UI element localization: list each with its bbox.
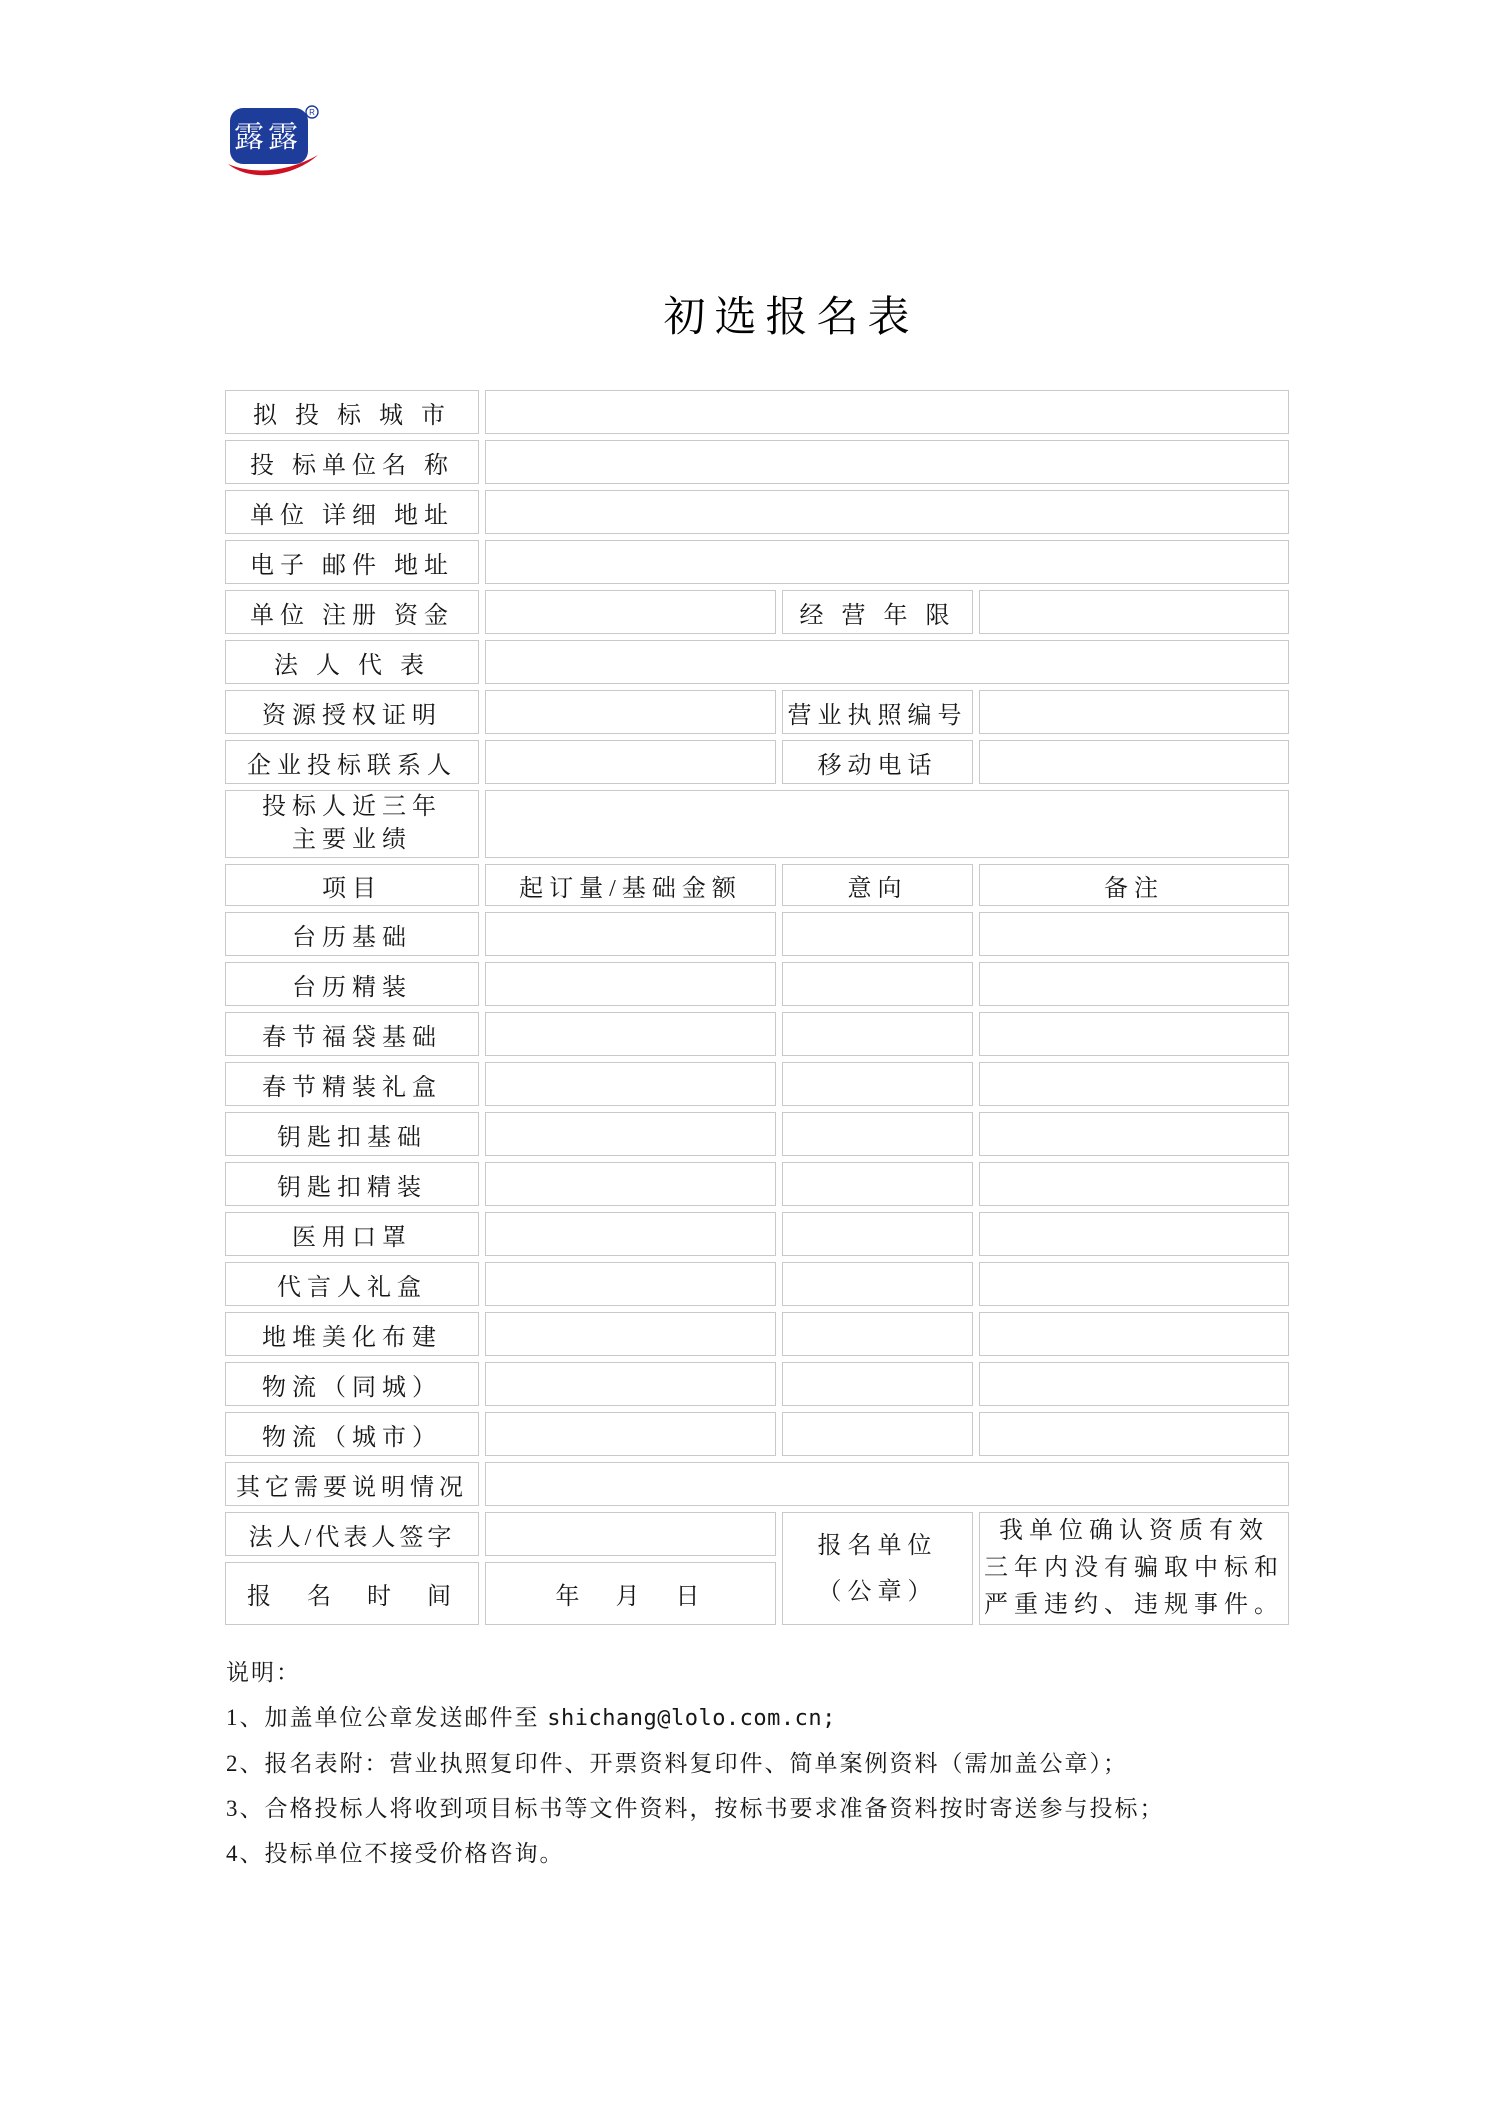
- mobile-phone-label: 移动电话: [782, 740, 973, 784]
- product-intent-cell[interactable]: [782, 1362, 973, 1406]
- note-1-email: shichang@lolo.com.cn: [547, 1706, 822, 1731]
- email-address-input-cell[interactable]: [485, 540, 1289, 584]
- product-row-keychain-basic: 钥匙扣基础: [225, 1112, 1289, 1156]
- product-intent-cell[interactable]: [782, 1262, 973, 1306]
- logo-brand-text: 露露: [234, 121, 302, 154]
- product-label: 物流（城市）: [225, 1412, 479, 1456]
- recent-performance-label-line2: 主要业绩: [230, 824, 474, 857]
- product-label: 钥匙扣基础: [225, 1112, 479, 1156]
- product-moq-cell[interactable]: [485, 1262, 776, 1306]
- product-intent-cell[interactable]: [782, 1112, 973, 1156]
- signature-input-cell[interactable]: [485, 1512, 776, 1556]
- document-page: 露露 R 初选报名表 拟 投 标 城 市 投 标单位名 称 单位 详细 地址 电: [0, 0, 1500, 2121]
- registered-capital-input-cell[interactable]: [485, 590, 776, 634]
- product-remark-cell[interactable]: [979, 1062, 1289, 1106]
- row-other-notes: 其它需要说明情况: [225, 1462, 1289, 1506]
- product-label: 台历基础: [225, 912, 479, 956]
- note-3-number: 3、: [226, 1796, 265, 1821]
- notes-heading: 说明：: [226, 1650, 1326, 1695]
- product-remark-cell[interactable]: [979, 962, 1289, 1006]
- company-address-label: 单位 详细 地址: [225, 490, 479, 534]
- product-remark-cell[interactable]: [979, 1262, 1289, 1306]
- note-line-2: 2、报名表附：营业执照复印件、开票资料复印件、简单案例资料（需加盖公章）；: [226, 1741, 1326, 1786]
- product-moq-cell[interactable]: [485, 1362, 776, 1406]
- company-name-input-cell[interactable]: [485, 440, 1289, 484]
- qualification-declaration: 我单位确认资质有效 三年内没有骗取中标和严重违约、违规事件。: [979, 1512, 1289, 1625]
- mobile-phone-input-cell[interactable]: [979, 740, 1289, 784]
- row-legal-representative: 法 人 代 表: [225, 640, 1289, 684]
- header-moq-label: 起订量/基础金额: [485, 864, 776, 906]
- product-moq-cell[interactable]: [485, 1062, 776, 1106]
- product-row-medical-mask: 医用口罩: [225, 1212, 1289, 1256]
- product-remark-cell[interactable]: [979, 1162, 1289, 1206]
- product-label: 钥匙扣精装: [225, 1162, 479, 1206]
- company-address-input-cell[interactable]: [485, 490, 1289, 534]
- row-bid-contact: 企业投标联系人 移动电话: [225, 740, 1289, 784]
- note-1-number: 1、: [226, 1705, 265, 1730]
- product-intent-cell[interactable]: [782, 1012, 973, 1056]
- note-1-text: 加盖单位公章发送邮件至: [265, 1705, 548, 1730]
- row-company-address: 单位 详细 地址: [225, 490, 1289, 534]
- product-remark-cell[interactable]: [979, 1112, 1289, 1156]
- product-remark-cell[interactable]: [979, 1412, 1289, 1456]
- other-notes-label: 其它需要说明情况: [225, 1462, 479, 1506]
- notes-section: 说明： 1、加盖单位公章发送邮件至 shichang@lolo.com.cn; …: [226, 1650, 1326, 1876]
- product-label: 物流（同城）: [225, 1362, 479, 1406]
- product-moq-cell[interactable]: [485, 1212, 776, 1256]
- product-row-fubag-basic: 春节福袋基础: [225, 1012, 1289, 1056]
- product-intent-cell[interactable]: [782, 1412, 973, 1456]
- row-resource-authorization: 资源授权证明 营业执照编号: [225, 690, 1289, 734]
- resource-authorization-label: 资源授权证明: [225, 690, 479, 734]
- note-4-number: 4、: [226, 1841, 265, 1866]
- product-row-logistics-local: 物流（同城）: [225, 1362, 1289, 1406]
- product-intent-cell[interactable]: [782, 1162, 973, 1206]
- product-label: 医用口罩: [225, 1212, 479, 1256]
- product-row-display-decoration: 地堆美化布建: [225, 1312, 1289, 1356]
- registration-date-label: 报 名 时 间: [225, 1562, 479, 1625]
- note-line-1: 1、加盖单位公章发送邮件至 shichang@lolo.com.cn;: [226, 1695, 1326, 1741]
- row-email-address: 电子 邮件 地址: [225, 540, 1289, 584]
- product-intent-cell[interactable]: [782, 912, 973, 956]
- product-label: 春节福袋基础: [225, 1012, 479, 1056]
- product-label: 地堆美化布建: [225, 1312, 479, 1356]
- registered-capital-label: 单位 注册 资金: [225, 590, 479, 634]
- note-2-number: 2、: [226, 1751, 265, 1776]
- business-years-label: 经 营 年 限: [782, 590, 973, 634]
- resource-authorization-input-cell[interactable]: [485, 690, 776, 734]
- product-remark-cell[interactable]: [979, 1312, 1289, 1356]
- product-row-calendar-basic: 台历基础: [225, 912, 1289, 956]
- product-label: 台历精装: [225, 962, 479, 1006]
- stamp-label: 报名单位 （公章）: [782, 1512, 973, 1625]
- recent-performance-input-cell[interactable]: [485, 790, 1289, 858]
- product-remark-cell[interactable]: [979, 912, 1289, 956]
- business-license-input-cell[interactable]: [979, 690, 1289, 734]
- product-moq-cell[interactable]: [485, 962, 776, 1006]
- row-company-name: 投 标单位名 称: [225, 440, 1289, 484]
- registration-date-input-cell[interactable]: 年 月 日: [485, 1562, 776, 1625]
- product-intent-cell[interactable]: [782, 962, 973, 1006]
- product-row-logistics-city: 物流（城市）: [225, 1412, 1289, 1456]
- product-moq-cell[interactable]: [485, 1112, 776, 1156]
- product-intent-cell[interactable]: [782, 1062, 973, 1106]
- note-line-3: 3、合格投标人将收到项目标书等文件资料，按标书要求准备资料按时寄送参与投标；: [226, 1786, 1326, 1831]
- product-row-keychain-deluxe: 钥匙扣精装: [225, 1162, 1289, 1206]
- proposed-city-input-cell[interactable]: [485, 390, 1289, 434]
- other-notes-input-cell[interactable]: [485, 1462, 1289, 1506]
- row-proposed-city: 拟 投 标 城 市: [225, 390, 1289, 434]
- note-line-4: 4、投标单位不接受价格咨询。: [226, 1831, 1326, 1876]
- row-products-header: 项目 起订量/基础金额 意向 备注: [225, 864, 1289, 906]
- product-moq-cell[interactable]: [485, 1412, 776, 1456]
- recent-performance-label: 投标人近三年 主要业绩: [225, 790, 479, 858]
- bid-contact-label: 企业投标联系人: [225, 740, 479, 784]
- product-label: 春节精装礼盒: [225, 1062, 479, 1106]
- form-title: 初选报名表: [225, 292, 1323, 344]
- header-item-label: 项目: [225, 864, 479, 906]
- business-license-label: 营业执照编号: [782, 690, 973, 734]
- business-years-input-cell[interactable]: [979, 590, 1289, 634]
- stamp-label-line2: （公章）: [787, 1569, 968, 1615]
- product-row-calendar-deluxe: 台历精装: [225, 962, 1289, 1006]
- product-remark-cell[interactable]: [979, 1362, 1289, 1406]
- product-row-giftbox-deluxe: 春节精装礼盒: [225, 1062, 1289, 1106]
- registration-form-table: 拟 投 标 城 市 投 标单位名 称 单位 详细 地址 电子 邮件 地址 单位 …: [219, 384, 1295, 1631]
- note-3-text: 合格投标人将收到项目标书等文件资料，按标书要求准备资料按时寄送参与投标；: [265, 1796, 1165, 1821]
- row-recent-performance: 投标人近三年 主要业绩: [225, 790, 1289, 858]
- product-intent-cell[interactable]: [782, 1312, 973, 1356]
- bid-contact-input-cell[interactable]: [485, 740, 776, 784]
- signature-label: 法人/代表人签字: [225, 1512, 479, 1556]
- brand-logo: 露露 R: [224, 102, 324, 184]
- recent-performance-label-line1: 投标人近三年: [230, 791, 474, 824]
- row-registered-capital: 单位 注册 资金 经 营 年 限: [225, 590, 1289, 634]
- email-address-label: 电子 邮件 地址: [225, 540, 479, 584]
- registered-trademark-letter: R: [309, 108, 315, 117]
- company-name-label: 投 标单位名 称: [225, 440, 479, 484]
- product-moq-cell[interactable]: [485, 1312, 776, 1356]
- note-1-suffix: ;: [822, 1706, 836, 1731]
- product-label: 代言人礼盒: [225, 1262, 479, 1306]
- proposed-city-label: 拟 投 标 城 市: [225, 390, 479, 434]
- note-4-text: 投标单位不接受价格咨询。: [265, 1841, 565, 1866]
- header-remark-label: 备注: [979, 864, 1289, 906]
- product-remark-cell[interactable]: [979, 1212, 1289, 1256]
- row-signature: 法人/代表人签字 报名单位 （公章） 我单位确认资质有效 三年内没有骗取中标和严…: [225, 1512, 1289, 1556]
- legal-representative-input-cell[interactable]: [485, 640, 1289, 684]
- product-remark-cell[interactable]: [979, 1012, 1289, 1056]
- legal-representative-label: 法 人 代 表: [225, 640, 479, 684]
- note-2-text: 报名表附：营业执照复印件、开票资料复印件、简单案例资料（需加盖公章）；: [265, 1751, 1129, 1776]
- product-row-spokesperson-giftbox: 代言人礼盒: [225, 1262, 1289, 1306]
- stamp-label-line1: 报名单位: [787, 1523, 968, 1569]
- product-moq-cell[interactable]: [485, 1162, 776, 1206]
- product-moq-cell[interactable]: [485, 1012, 776, 1056]
- header-intent-label: 意向: [782, 864, 973, 906]
- product-intent-cell[interactable]: [782, 1212, 973, 1256]
- product-moq-cell[interactable]: [485, 912, 776, 956]
